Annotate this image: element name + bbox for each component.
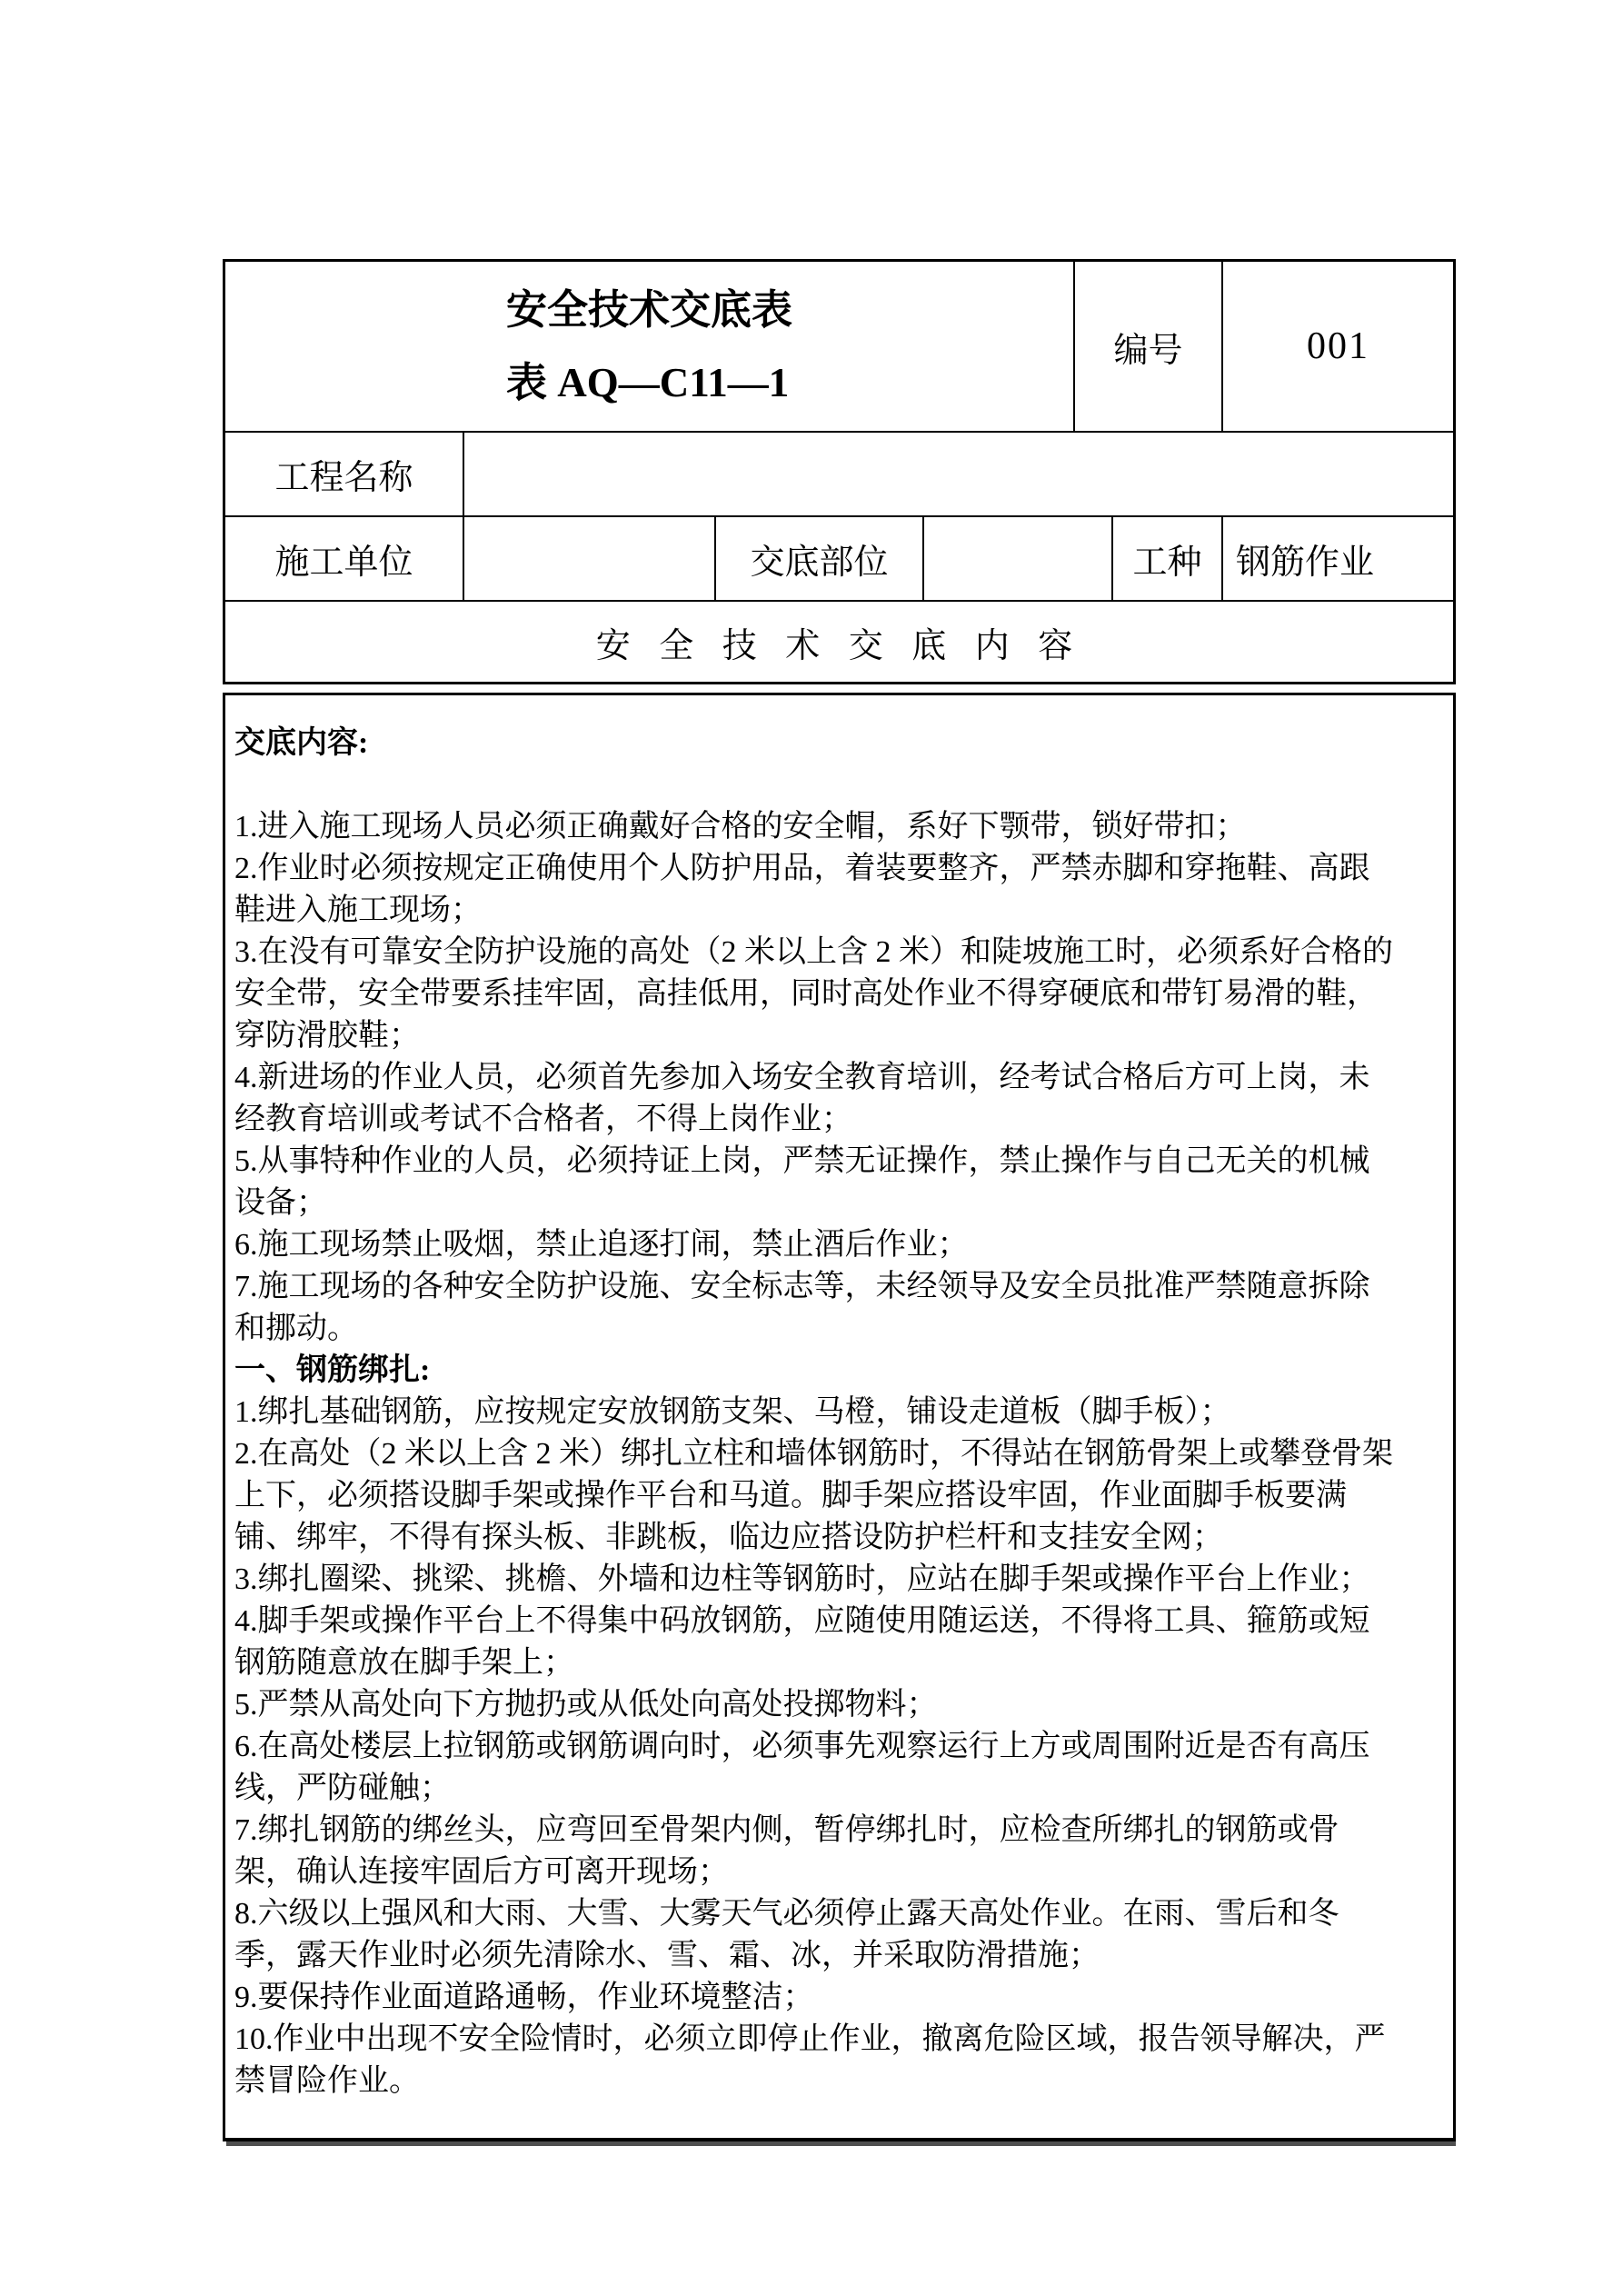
content-heading: 交底内容:	[234, 723, 1395, 764]
table-row-title: 安全技术交底表 表 AQ—C11—1 编号 001	[225, 262, 1453, 431]
table-row-project-name: 工程名称	[225, 431, 1453, 515]
document-page: 安全技术交底表 表 AQ—C11—1 编号 001 工程名称 施工单位 交底部位…	[0, 0, 1623, 2296]
content-item: 9.要保持作业面道路通畅，作业环境整洁；	[234, 1977, 1395, 2019]
content-item: 2.在高处（2 米以上含 2 米）绑扎立柱和墙体钢筋时，不得站在钢筋骨架上或攀登…	[234, 1433, 1395, 1559]
blank-line	[234, 764, 1395, 806]
header-table: 安全技术交底表 表 AQ—C11—1 编号 001 工程名称 施工单位 交底部位…	[223, 259, 1456, 684]
content-item: 1.进入施工现场人员必须正确戴好合格的安全帽，系好下颚带，锁好带扣；	[234, 806, 1395, 848]
content-item: 4.新进场的作业人员，必须首先参加入场安全教育培训，经考试合格后方可上岗，未经教…	[234, 1057, 1395, 1141]
content-item: 1.绑扎基础钢筋，应按规定安放钢筋支架、马橙，铺设走道板（脚手板）；	[234, 1392, 1395, 1433]
content-item: 10.作业中出现不安全险情时，必须立即停止作业，撤离危险区域，报告领导解决，严禁…	[234, 2019, 1395, 2102]
content-item: 5.严禁从高处向下方抛扔或从低处向高处投掷物料；	[234, 1684, 1395, 1726]
content-item: 7.绑扎钢筋的绑丝头，应弯回至骨架内侧，暂停绑扎时，应检查所绑扎的钢筋或骨架，确…	[234, 1810, 1395, 1893]
work-type-label: 工种	[1111, 517, 1221, 600]
construction-unit-value	[463, 517, 714, 600]
disclosure-part-value	[922, 517, 1111, 600]
content-item: 6.施工现场禁止吸烟，禁止追逐打闹，禁止酒后作业；	[234, 1224, 1395, 1266]
content-box: 交底内容: 1.进入施工现场人员必须正确戴好合格的安全帽，系好下颚带，锁好带扣；…	[223, 693, 1456, 2141]
project-name-label: 工程名称	[225, 433, 463, 515]
construction-unit-label: 施工单位	[225, 517, 463, 600]
form-title-line2: 表 AQ—C11—1	[506, 346, 792, 419]
content-item: 2.作业时必须按规定正确使用个人防护用品，着装要整齐，严禁赤脚和穿拖鞋、高跟鞋进…	[234, 848, 1395, 932]
table-row-unit: 施工单位 交底部位 工种 钢筋作业	[225, 515, 1453, 600]
number-label-cell: 编号	[1073, 262, 1221, 431]
form-title: 安全技术交底表 表 AQ—C11—1	[506, 274, 792, 419]
section-heading: 一、钢筋绑扎:	[234, 1350, 1395, 1392]
form-title-line1: 安全技术交底表	[506, 274, 792, 346]
content-banner: 安 全 技 术 交 底 内 容	[225, 602, 1453, 682]
work-type-value: 钢筋作业	[1221, 517, 1453, 600]
content-item: 5.从事特种作业的人员，必须持证上岗，严禁无证操作，禁止操作与自己无关的机械设备…	[234, 1141, 1395, 1224]
disclosure-part-label: 交底部位	[714, 517, 922, 600]
content-item: 8.六级以上强风和大雨、大雪、大雾天气必须停止露天高处作业。在雨、雪后和冬季，露…	[234, 1893, 1395, 1977]
project-name-value	[463, 433, 1453, 515]
content-item: 6.在高处楼层上拉钢筋或钢筋调向时，必须事先观察运行上方或周围附近是否有高压线，…	[234, 1726, 1395, 1810]
number-value-cell: 001	[1221, 262, 1453, 431]
content-item: 7.施工现场的各种安全防护设施、安全标志等，未经领导及安全员批准严禁随意拆除和挪…	[234, 1266, 1395, 1350]
content-item: 4.脚手架或操作平台上不得集中码放钢筋，应随使用随运送，不得将工具、箍筋或短钢筋…	[234, 1601, 1395, 1684]
table-row-banner: 安 全 技 术 交 底 内 容	[225, 600, 1453, 682]
content-item: 3.绑扎圈梁、挑梁、挑檐、外墙和边柱等钢筋时，应站在脚手架或操作平台上作业；	[234, 1559, 1395, 1601]
content-item: 3.在没有可靠安全防护设施的高处（2 米以上含 2 米）和陡坡施工时，必须系好合…	[234, 932, 1395, 1057]
form-title-cell: 安全技术交底表 表 AQ—C11—1	[225, 262, 1073, 431]
